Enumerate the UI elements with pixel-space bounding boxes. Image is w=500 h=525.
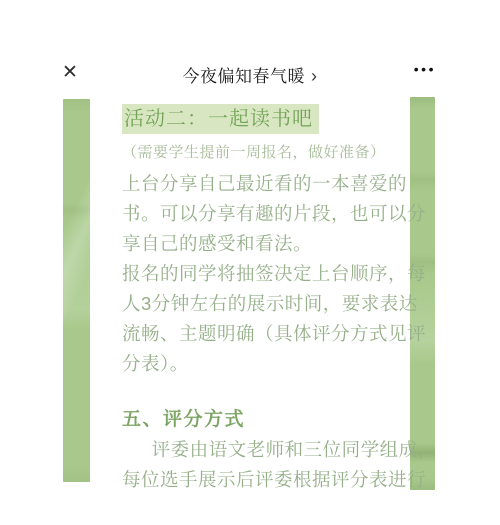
highlighted-heading: 活动二：一起读书吧 bbox=[122, 104, 319, 134]
paragraph-line: 书。可以分享有趣的片段，也可以分 bbox=[122, 199, 424, 229]
paragraph-line: 人3分钟左右的展示时间，要求表达 bbox=[122, 289, 424, 319]
page-title-text: 今夜偏知春气暖 bbox=[183, 67, 306, 86]
chevron-right-icon: › bbox=[311, 66, 318, 86]
paragraph-line: 分表）。 bbox=[122, 349, 424, 379]
close-icon[interactable]: ✕ bbox=[58, 59, 82, 86]
section-paragraph-line: 每位选手展示后评委根据评分表进行 bbox=[122, 465, 424, 495]
article-body: 活动二：一起读书吧 （需要学生提前一周报名，做好准备） 上台分享自己最近看的一本… bbox=[122, 104, 424, 495]
section-heading: 五、评分方式 bbox=[122, 405, 424, 435]
more-menu-icon[interactable]: ••• bbox=[412, 56, 438, 82]
note-text: （需要学生提前一周报名，做好准备） bbox=[122, 143, 424, 163]
left-watercolor-strip bbox=[63, 99, 90, 482]
section-paragraph-line: 评委由语文老师和三位同学组成， bbox=[122, 435, 424, 465]
article-viewer-screen: ✕ 今夜偏知春气暖› ••• 活动二：一起读书吧 （需要学生提前一周报名，做好准… bbox=[0, 0, 500, 525]
paragraph-line: 享自己的感受和看法。 bbox=[122, 229, 424, 259]
highlighted-heading-row: 活动二：一起读书吧 bbox=[122, 104, 424, 134]
paragraph-line: 流畅、主题明确（具体评分方式见评 bbox=[122, 319, 424, 349]
page-title[interactable]: 今夜偏知春气暖› bbox=[80, 62, 420, 87]
paragraph-block: 上台分享自己最近看的一本喜爱的 书。可以分享有趣的片段，也可以分 享自己的感受和… bbox=[122, 169, 424, 379]
paragraph-line: 上台分享自己最近看的一本喜爱的 bbox=[122, 169, 424, 199]
paragraph-line: 报名的同学将抽签决定上台顺序，每 bbox=[122, 259, 424, 289]
header-bar: ✕ 今夜偏知春气暖› ••• bbox=[0, 56, 500, 92]
